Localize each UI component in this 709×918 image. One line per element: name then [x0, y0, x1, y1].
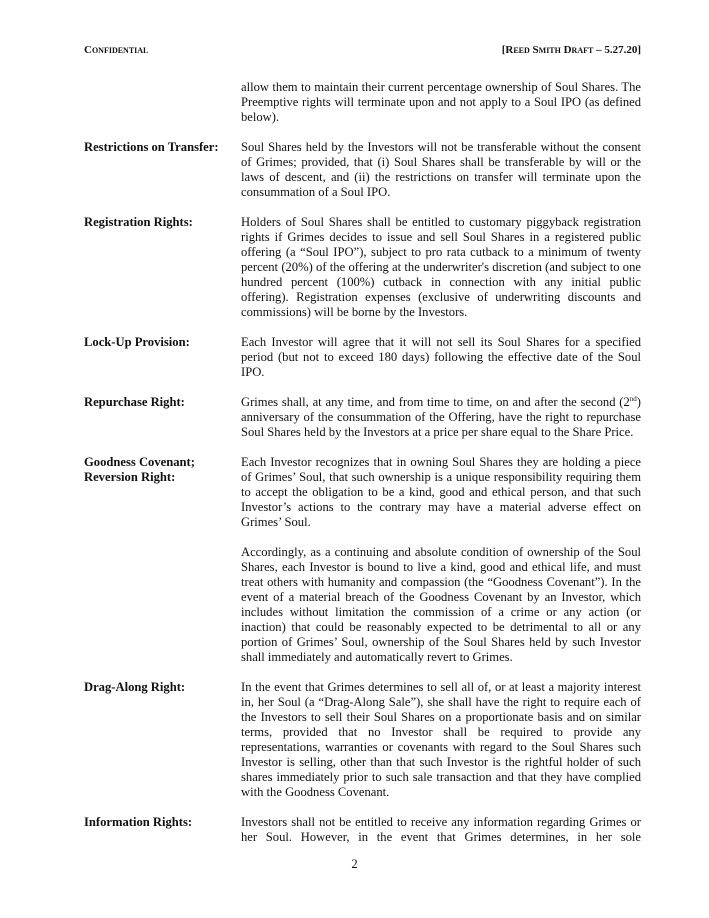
- section-body: Holders of Soul Shares shall be entitled…: [241, 215, 641, 320]
- paragraph: In the event that Grimes determines to s…: [241, 680, 641, 800]
- page-number: 2: [0, 857, 709, 872]
- section-label: Goodness Covenant; Reversion Right:: [84, 455, 241, 485]
- section-label: Lock-Up Provision:: [84, 335, 241, 350]
- section-drag-along-right: Drag-Along Right: In the event that Grim…: [84, 680, 641, 800]
- confidential-marking: Confidential: [84, 44, 148, 57]
- section-goodness-covenant: Goodness Covenant; Reversion Right: Each…: [84, 455, 641, 665]
- paragraph: Holders of Soul Shares shall be entitled…: [241, 215, 641, 320]
- paragraph: Grimes shall, at any time, and from time…: [241, 395, 641, 440]
- paragraph: Soul Shares held by the Investors will n…: [241, 140, 641, 200]
- section-label: Restrictions on Transfer:: [84, 140, 241, 155]
- section-body: Soul Shares held by the Investors will n…: [241, 140, 641, 200]
- paragraph: Each Investor will agree that it will no…: [241, 335, 641, 380]
- section-body: Each Investor will agree that it will no…: [241, 335, 641, 380]
- paragraph: allow them to maintain their current per…: [241, 80, 641, 125]
- section-registration-rights: Registration Rights: Holders of Soul Sha…: [84, 215, 641, 320]
- section-body: Each Investor recognizes that in owning …: [241, 455, 641, 665]
- section-label: Drag-Along Right:: [84, 680, 241, 695]
- section-body: Investors shall not be entitled to recei…: [241, 815, 641, 845]
- text-run: Grimes shall, at any time, and from time…: [241, 395, 630, 409]
- term-sheet-body: allow them to maintain their current per…: [84, 80, 641, 860]
- paragraph: Each Investor recognizes that in owning …: [241, 455, 641, 530]
- ordinal-suffix: nd: [630, 395, 637, 403]
- section-body: allow them to maintain their current per…: [241, 80, 641, 125]
- section-restrictions-on-transfer: Restrictions on Transfer: Soul Shares he…: [84, 140, 641, 200]
- section-information-rights: Information Rights: Investors shall not …: [84, 815, 641, 845]
- section-preemptive-continuation: allow them to maintain their current per…: [84, 80, 641, 125]
- section-body: Grimes shall, at any time, and from time…: [241, 395, 641, 440]
- section-repurchase-right: Repurchase Right: Grimes shall, at any t…: [84, 395, 641, 440]
- draft-marking: [Reed Smith Draft – 5.27.20]: [502, 44, 641, 57]
- paragraph: Investors shall not be entitled to recei…: [241, 815, 641, 845]
- section-body: In the event that Grimes determines to s…: [241, 680, 641, 800]
- section-label: Information Rights:: [84, 815, 241, 830]
- section-lock-up-provision: Lock-Up Provision: Each Investor will ag…: [84, 335, 641, 380]
- section-label: Repurchase Right:: [84, 395, 241, 410]
- section-label: Registration Rights:: [84, 215, 241, 230]
- paragraph: Accordingly, as a continuing and absolut…: [241, 545, 641, 665]
